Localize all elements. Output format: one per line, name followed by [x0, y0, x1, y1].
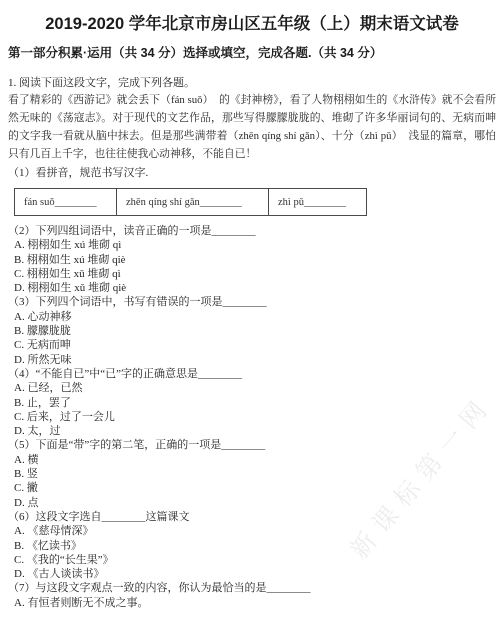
table-row: fán suǒ________ zhēn qíng shí gǎn_______…	[15, 189, 367, 216]
part-3-stem: （3）下列四个词语中，书写有错误的一项是________	[8, 295, 496, 309]
part-7-stem: （7）与这段文字观点一致的内容，你认为最恰当的是________	[8, 581, 496, 595]
part-5-option-a: A. 横	[8, 453, 496, 467]
table-cell-zhenqingshigan: zhēn qíng shí gǎn________	[117, 189, 269, 216]
section-header: 第一部分积累·运用（共 34 分）选择或填空，完成各题.（共 34 分）	[8, 43, 496, 61]
part-5-option-d: D. 点	[8, 496, 496, 510]
part-3-option-a: A. 心动神移	[8, 310, 496, 324]
part-3-option-c: C. 无病而呻	[8, 338, 496, 352]
part-6-option-c: C. 《我的“长生果”》	[8, 553, 496, 567]
part-6-option-d: D. 《古人谈读书》	[8, 567, 496, 581]
part-2-option-c: C. 栩栩如生 xǔ 堆砌 qì	[8, 267, 496, 281]
part-2-option-b: B. 栩栩如生 xú 堆砌 qiè	[8, 253, 496, 267]
part-4-option-d: D. 太，过	[8, 424, 496, 438]
pinyin-answer-table: fán suǒ________ zhēn qíng shí gǎn_______…	[14, 188, 367, 216]
part-4-stem: （4）“不能自已”中“已”字的正确意思是________	[8, 367, 496, 381]
question-1-passage: 看了精彩的《西游记》就会丢下（fán suǒ） 的《封神榜》，看了人物栩栩如生的…	[8, 91, 496, 163]
subquestion-list: （2）下列四组词语中，读音正确的一项是________ A. 栩栩如生 xú 堆…	[8, 224, 496, 610]
part-5-option-b: B. 竖	[8, 467, 496, 481]
question-1-stem: 1. 阅读下面这段文字，完成下列各题。	[8, 75, 496, 91]
part-5-option-c: C. 撇	[8, 481, 496, 495]
part-6-option-a: A. 《慈母情深》	[8, 524, 496, 538]
part-2-option-d: D. 栩栩如生 xǔ 堆砌 qiè	[8, 281, 496, 295]
part-6-option-b: B. 《忆读书》	[8, 539, 496, 553]
part-1-stem: （1）看拼音，规范书写汉字.	[8, 165, 496, 181]
part-4-option-c: C. 后来，过了一会儿	[8, 410, 496, 424]
part-4-option-b: B. 止，罢了	[8, 396, 496, 410]
page-title: 2019-2020 学年北京市房山区五年级（上）期末语文试卷	[8, 10, 496, 34]
part-2-option-a: A. 栩栩如生 xú 堆砌 qì	[8, 238, 496, 252]
part-3-option-d: D. 所然无味	[8, 353, 496, 367]
part-7-option-a: A. 有恒者则断无不成之事。	[8, 596, 496, 610]
part-4-option-a: A. 已经，已然	[8, 381, 496, 395]
part-3-option-b: B. 朦朦胧胧	[8, 324, 496, 338]
table-cell-fansuo: fán suǒ________	[15, 189, 117, 216]
part-6-stem: （6）这段文字选自________这篇课文	[8, 510, 496, 524]
exam-paper-page: 2019-2020 学年北京市房山区五年级（上）期末语文试卷 第一部分积累·运用…	[0, 0, 504, 638]
part-2-stem: （2）下列四组词语中，读音正确的一项是________	[8, 224, 496, 238]
table-cell-zhipu: zhì pǔ________	[269, 189, 367, 216]
part-5-stem: （5）下面是“带”字的第二笔，正确的一项是________	[8, 438, 496, 452]
